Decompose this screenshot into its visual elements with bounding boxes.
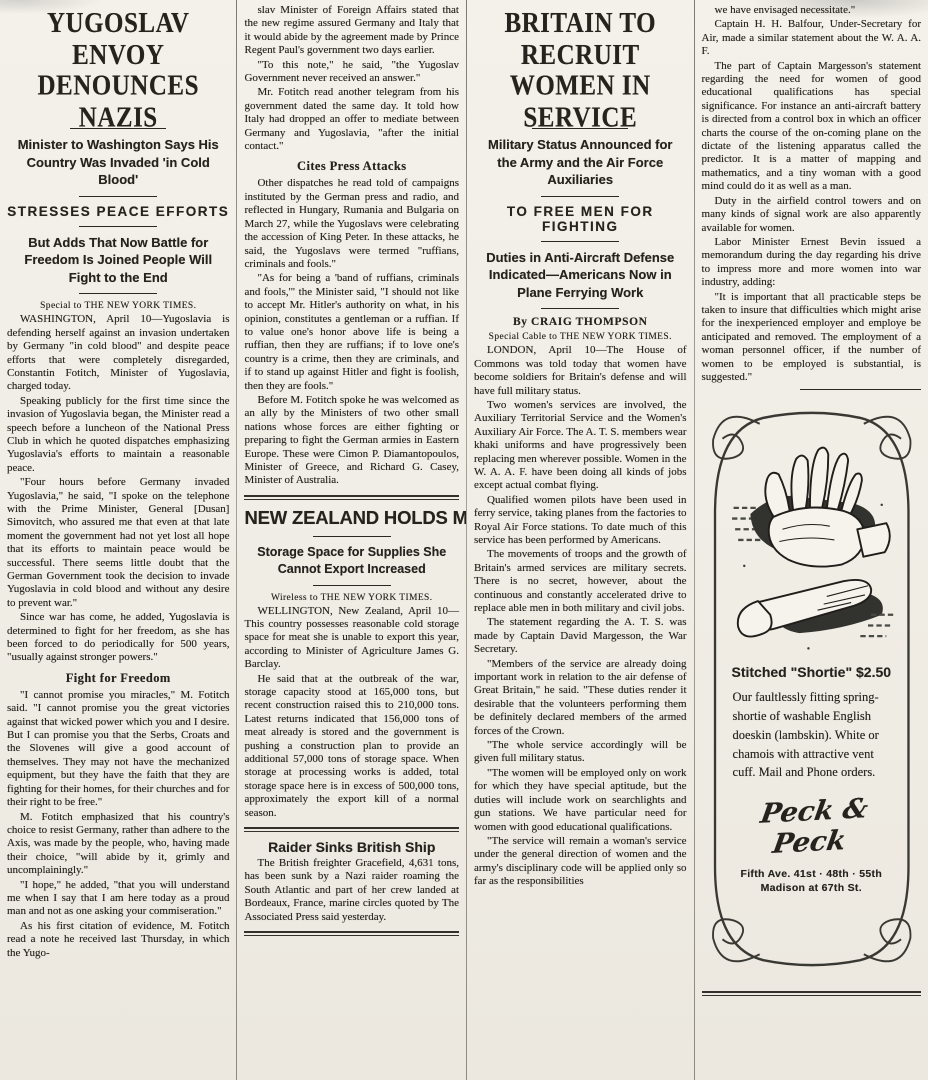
- ad-top-rule: [800, 389, 921, 390]
- raider-article: Raider Sinks British Ship The British fr…: [244, 839, 459, 924]
- yugoslav-deck-1: Minister to Washington Says His Country …: [7, 136, 229, 189]
- new-zealand-deck: Storage Space for Supplies She Cannot Ex…: [244, 544, 459, 578]
- newspaper-page: YUGOSLAV ENVOY DENOUNCES NAZIS Minister …: [0, 0, 928, 1080]
- yugoslav-deck-2: STRESSES PEACE EFFORTS: [7, 204, 229, 219]
- article-paragraph: "The service will remain a woman's servi…: [474, 835, 687, 889]
- article-paragraph: "The whole service accordingly will be g…: [474, 739, 687, 766]
- article-paragraph: The statement regarding the A. T. S. was…: [474, 616, 687, 656]
- byline: By CRAIG THOMPSON: [474, 316, 687, 328]
- yugoslav-headline: YUGOSLAV ENVOY DENOUNCES NAZIS: [7, 8, 229, 133]
- article-paragraph: WASHINGTON, April 10—Yugoslavia is defen…: [7, 313, 229, 393]
- article-divider: [244, 931, 459, 936]
- article-paragraph: we have envisaged necessitate.": [702, 4, 922, 17]
- dateline: Wireless to THE NEW YORK TIMES.: [244, 593, 459, 603]
- section-rule: [541, 308, 619, 309]
- yugoslav-body-col1: WASHINGTON, April 10—Yugoslavia is defen…: [7, 313, 229, 960]
- gloves-illustration: [729, 424, 897, 662]
- article-paragraph: Before M. Fotitch spoke he was welcomed …: [244, 394, 459, 488]
- article-paragraph: The British freighter Gracefield, 4,631 …: [244, 857, 459, 924]
- article-paragraph: "Four hours before Germany invaded Yugos…: [7, 476, 229, 610]
- article-paragraph: M. Fotitch emphasized that his country's…: [7, 811, 229, 878]
- raider-body: The British freighter Gracefield, 4,631 …: [244, 857, 459, 924]
- article-paragraph: WELLINGTON, New Zealand, April 10—This c…: [244, 605, 459, 672]
- britain-headline: BRITAIN TO RECRUIT WOMEN IN SERVICE: [474, 8, 687, 133]
- yugoslav-body-col2: slav Minister of Foreign Affairs stated …: [244, 4, 459, 488]
- article-paragraph: "As for being a 'band of ruffians, crimi…: [244, 272, 459, 393]
- britain-body-col4: we have envisaged necessitate." Captain …: [702, 4, 922, 384]
- article-paragraph: Other dispatches he read told of campaig…: [244, 177, 459, 271]
- article-paragraph: Since war has come, he added, Yugoslavia…: [7, 611, 229, 665]
- crosshead-cites-press-attacks: Cites Press Attacks: [244, 159, 459, 174]
- article-paragraph: Labor Minister Ernest Bevin issued a mem…: [702, 236, 922, 290]
- article-paragraph: Mr. Fotitch read another telegram from h…: [244, 86, 459, 153]
- section-rule: [79, 196, 157, 197]
- ad-address-line-2: Madison at 67th St.: [729, 882, 895, 894]
- article-paragraph: Duty in the airfield control towers and …: [702, 195, 922, 235]
- article-paragraph: "It is important that all practicable st…: [702, 291, 922, 385]
- article-paragraph: As his first citation of evidence, M. Fo…: [7, 920, 229, 960]
- crosshead-fight-for-freedom: Fight for Freedom: [7, 671, 229, 686]
- article-divider: [244, 495, 459, 500]
- section-rule: [541, 196, 619, 197]
- peck-and-peck-ad: Stitched "Shortie" $2.50 Our faultlessly…: [702, 396, 922, 984]
- section-rule: [79, 226, 157, 227]
- article-paragraph: "Members of the service are already doin…: [474, 658, 687, 738]
- column-2: slav Minister of Foreign Affairs stated …: [237, 0, 466, 1080]
- article-paragraph: LONDON, April 10—The House of Commons wa…: [474, 344, 687, 398]
- section-rule: [313, 536, 391, 537]
- britain-body-col3: LONDON, April 10—The House of Commons wa…: [474, 344, 687, 888]
- new-zealand-body: WELLINGTON, New Zealand, April 10—This c…: [244, 605, 459, 821]
- article-paragraph: "To this note," he said, "the Yugoslav G…: [244, 59, 459, 86]
- article-paragraph: Two women's services are involved, the A…: [474, 399, 687, 493]
- article-paragraph: "The women will be employed only on work…: [474, 767, 687, 834]
- ad-body-copy: Our faultlessly fitting spring-shortie o…: [733, 688, 891, 782]
- dateline: Special to THE NEW YORK TIMES.: [7, 301, 229, 311]
- column-3: BRITAIN TO RECRUIT WOMEN IN SERVICE Mili…: [467, 0, 694, 1080]
- article-paragraph: "I cannot promise you miracles," M. Foti…: [7, 689, 229, 810]
- new-zealand-headline: NEW ZEALAND HOLDS MEAT: [244, 507, 459, 529]
- column-1: YUGOSLAV ENVOY DENOUNCES NAZIS Minister …: [0, 0, 236, 1080]
- section-rule: [541, 241, 619, 242]
- britain-deck-3: Duties in Anti-Aircraft Defense Indicate…: [474, 249, 687, 302]
- peck-and-peck-logo: Peck & Peck: [723, 792, 900, 863]
- britain-deck-1: Military Status Announced for the Army a…: [474, 136, 687, 189]
- column-4: we have envisaged necessitate." Captain …: [695, 0, 928, 1080]
- article-paragraph: He said that at the outbreak of the war,…: [244, 673, 459, 820]
- dateline: Special Cable to THE NEW YORK TIMES.: [474, 332, 687, 342]
- article-paragraph: "I hope," he added, "that you will under…: [7, 879, 229, 919]
- article-paragraph: Captain H. H. Balfour, Under-Secretary f…: [702, 18, 922, 58]
- article-paragraph: Speaking publicly for the first time sin…: [7, 395, 229, 475]
- article-paragraph: slav Minister of Foreign Affairs stated …: [244, 4, 459, 58]
- article-paragraph: Qualified women pilots have been used in…: [474, 494, 687, 548]
- article-divider: [244, 827, 459, 832]
- new-zealand-article: NEW ZEALAND HOLDS MEAT Storage Space for…: [244, 507, 459, 820]
- section-rule: [313, 585, 391, 586]
- ad-title: Stitched "Shortie" $2.50: [729, 664, 895, 680]
- ad-bottom-rule: [702, 991, 922, 996]
- raider-headline: Raider Sinks British Ship: [244, 839, 459, 855]
- britain-deck-2: TO FREE MEN FOR FIGHTING: [474, 204, 687, 234]
- article-paragraph: The movements of troops and the growth o…: [474, 548, 687, 615]
- article-paragraph: The part of Captain Margesson's statemen…: [702, 60, 922, 194]
- ad-content: Stitched "Shortie" $2.50 Our faultlessly…: [702, 396, 922, 894]
- yugoslav-deck-3: But Adds That Now Battle for Freedom Is …: [7, 234, 229, 287]
- ad-address-line-1: Fifth Ave. 41st · 48th · 55th: [729, 868, 895, 880]
- section-rule: [79, 293, 157, 294]
